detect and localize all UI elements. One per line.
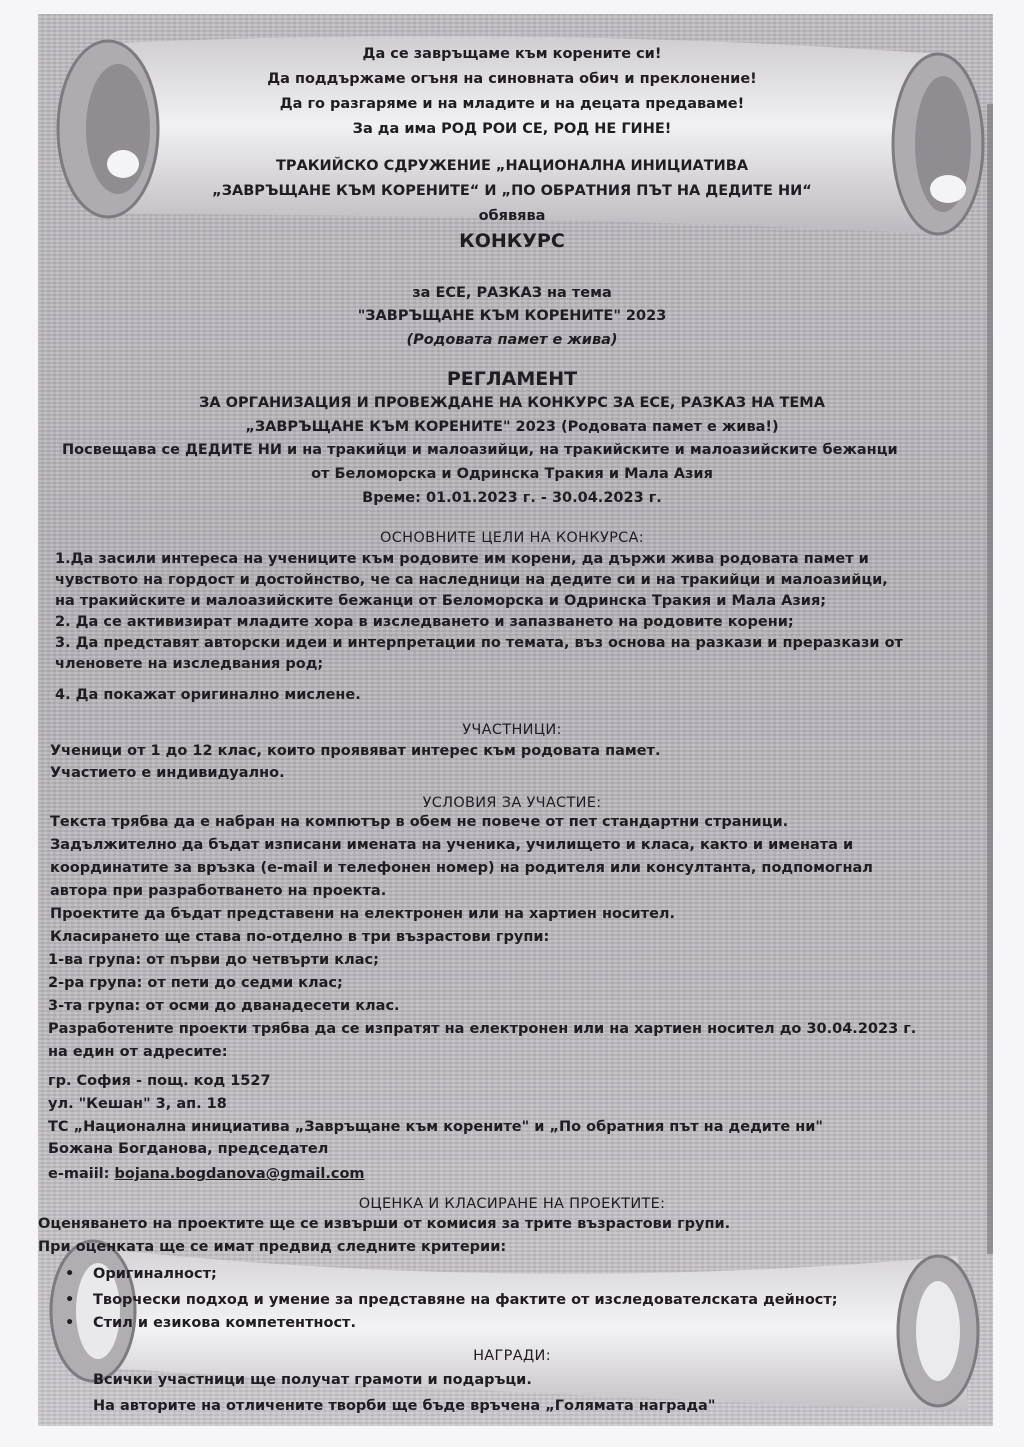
goal-line: 1.Да засили интереса на учениците към ро… <box>55 549 869 569</box>
goal-line: 3. Да представят авторски идеи и интерпр… <box>55 633 903 653</box>
conditions-group-2: 2-ра група: от пети до седми клас; <box>48 973 343 993</box>
regulation-line-2: „ЗАВРЪЩАНЕ КЪМ КОРЕНИТЕ" 2023 (Родовата … <box>0 417 1024 437</box>
contest-subtitle: (Родовата памет е жива) <box>0 330 1024 350</box>
criteria-item: •Творчески подход и умение за представян… <box>65 1290 838 1310</box>
motto-line-4: За да има РОД РОИ СЕ, РОД НЕ ГИНЕ! <box>0 119 1024 139</box>
contact-email-row: e-maiil: bojana.bogdanova@gmail.com <box>48 1164 365 1184</box>
contest-title: КОНКУРС <box>0 231 1024 251</box>
address-contact-person: Божана Богданова, председател <box>48 1139 328 1159</box>
motto-line-1: Да се завръщаме към корените си! <box>0 44 1024 64</box>
participants-line: Участието е индивидуално. <box>50 763 285 783</box>
goal-line: 4. Да покажат оригинално мислене. <box>55 685 361 705</box>
evaluation-line: Оценяването на проектите ще се извърши о… <box>38 1214 730 1234</box>
regulation-dedication-2: от Беломорска и Одринска Тракия и Мала А… <box>0 464 1024 484</box>
bullet-icon: • <box>65 1264 93 1284</box>
conditions-line: Текста трябва да е набран на компютър в … <box>50 812 788 832</box>
conditions-line: Разработените проекти трябва да се изпра… <box>48 1019 916 1039</box>
conditions-line: Класирането ще става по-отделно в три въ… <box>50 927 549 947</box>
address-street: ул. "Кешан" 3, ап. 18 <box>48 1094 227 1114</box>
conditions-line: координатите за връзка (e-mail и телефон… <box>50 858 873 878</box>
participants-heading: УЧАСТНИЦИ: <box>0 720 1024 740</box>
conditions-group-3: 3-та група: от осми до дванадесети клас. <box>48 996 400 1016</box>
organizer-line-1: ТРАКИЙСКО СДРУЖЕНИЕ „НАЦИОНАЛНА ИНИЦИАТИ… <box>0 156 1024 176</box>
goal-line: 2. Да се активизират младите хора в изсл… <box>55 612 794 632</box>
regulation-title: РЕГЛАМЕНТ <box>0 369 1024 389</box>
conditions-line: на един от адресите: <box>48 1042 228 1062</box>
participants-line: Ученици от 1 до 12 клас, които проявяват… <box>50 741 660 761</box>
goals-heading: ОСНОВНИТЕ ЦЕЛИ НА КОНКУРСА: <box>0 528 1024 548</box>
conditions-heading: УСЛОВИЯ ЗА УЧАСТИЕ: <box>0 793 1024 813</box>
motto-line-3: Да го разгаряме и на младите и на децата… <box>0 94 1024 114</box>
criteria-item: •Оригиналност; <box>65 1264 217 1284</box>
address-organization: ТС „Национална инициатива „Завръщане към… <box>48 1117 823 1137</box>
goal-line: членовете на изследвания род; <box>55 654 323 674</box>
conditions-line: Проектите да бъдат представени на електр… <box>50 904 675 924</box>
evaluation-line: При оценката ще се имат предвид следните… <box>38 1237 506 1257</box>
regulation-dedication-1: Посвещава се ДЕДИТЕ НИ и на тракийци и м… <box>62 440 898 460</box>
conditions-group-1: 1-ва група: от първи до четвърти клас; <box>48 950 379 970</box>
email-link[interactable]: bojana.bogdanova@gmail.com <box>115 1166 365 1182</box>
contest-for: за ЕСЕ, РАЗКАЗ на тема <box>0 283 1024 303</box>
organizer-announces: обявява <box>0 206 1024 226</box>
awards-heading: НАГРАДИ: <box>0 1346 1024 1366</box>
bullet-icon: • <box>65 1290 93 1310</box>
bullet-icon: • <box>65 1313 93 1333</box>
goal-line: на тракийските и малоазийските бежанци о… <box>55 591 826 611</box>
regulation-line-1: ЗА ОРГАНИЗАЦИЯ И ПРОВЕЖДАНЕ НА КОНКУРС З… <box>0 393 1024 413</box>
email-label: e-maiil: <box>48 1166 115 1182</box>
evaluation-heading: ОЦЕНКА И КЛАСИРАНЕ НА ПРОЕКТИТЕ: <box>0 1194 1024 1214</box>
motto-line-2: Да поддържаме огъня на синовната обич и … <box>0 69 1024 89</box>
goal-line: чувството на гордост и достойнство, че с… <box>55 570 888 590</box>
conditions-line: автора при разработването на проекта. <box>50 881 386 901</box>
organizer-line-2: „ЗАВРЪЩАНЕ КЪМ КОРЕНИТЕ“ И „ПО ОБРАТНИЯ … <box>0 181 1024 201</box>
regulation-period: Време: 01.01.2023 г. - 30.04.2023 г. <box>0 488 1024 508</box>
conditions-line: Задължително да бъдат изписани имената н… <box>50 835 853 855</box>
address-city: гр. София - пощ. код 1527 <box>48 1071 271 1091</box>
awards-line: Всички участници ще получат грамоти и по… <box>93 1370 532 1390</box>
criteria-item: •Стил и езикова компетентност. <box>65 1313 356 1333</box>
awards-line: На авторите на отличените творби ще бъде… <box>93 1396 715 1416</box>
contest-theme: "ЗАВРЪЩАНЕ КЪМ КОРЕНИТЕ" 2023 <box>0 306 1024 326</box>
announcement-document: Да се завръщаме към корените си! Да подд… <box>0 0 1024 1447</box>
